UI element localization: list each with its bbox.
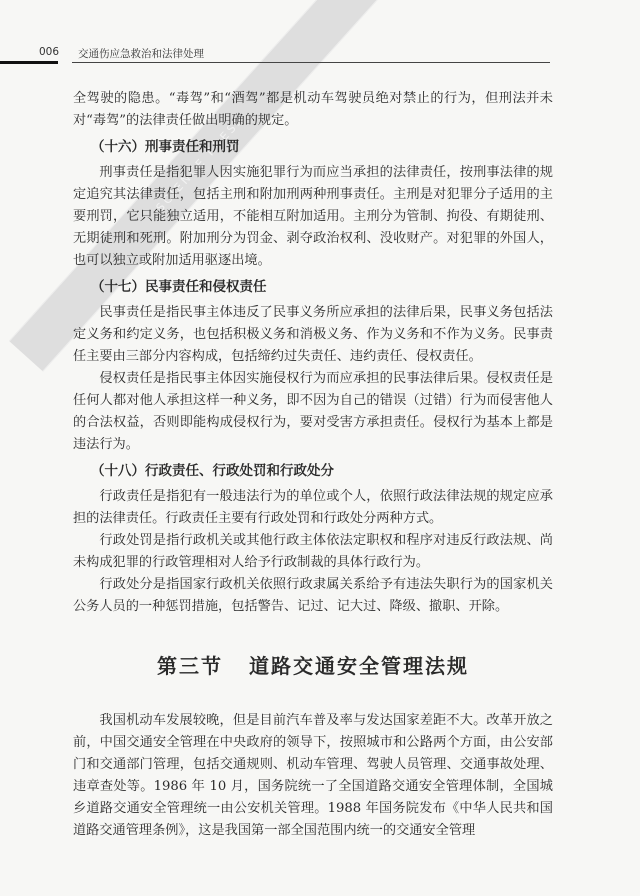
page-body: 全驾驶的隐患。“毒驾”和“酒驾”都是机动车驾驶员绝对禁止的行为，但刑法并未对“毒… xyxy=(73,88,553,842)
paragraph: 行政处分是指国家行政机关依照行政隶属关系给予有违法失职行为的国家机关公务人员的一… xyxy=(73,574,553,618)
header-rule xyxy=(72,62,550,63)
chapter-section-title: 第三节道路交通安全管理法规 xyxy=(73,652,553,680)
intro-paragraph: 全驾驶的隐患。“毒驾”和“酒驾”都是机动车驾驶员绝对禁止的行为，但刑法并未对“毒… xyxy=(73,88,553,132)
running-title: 交通伤应急救治和法律处理 xyxy=(78,46,204,61)
page-header: 006 交通伤应急救治和法律处理 xyxy=(0,44,640,66)
paragraph: 民事责任是指民事主体违反了民事义务所应承担的法律后果，民事义务包括法定义务和约定… xyxy=(73,302,553,368)
paragraph: 我国机动车发展较晚，但是目前汽车普及率与发达国家差距不大。改革开放之前，中国交通… xyxy=(73,710,553,842)
paragraph: 刑事责任是指犯罪人因实施犯罪行为而应当承担的法律责任，按刑事法律的规定追究其法律… xyxy=(73,162,553,272)
section-title: 道路交通安全管理法规 xyxy=(249,654,469,678)
section-heading-16: （十六）刑事责任和刑罚 xyxy=(91,136,553,158)
paragraph: 行政责任是指犯有一般违法行为的单位或个人，依照行政法律法规的规定应承担的法律责任… xyxy=(73,486,553,530)
paragraph: 行政处罚是指行政机关或其他行政主体依法定职权和程序对违反行政法规、尚未构成犯罪的… xyxy=(73,530,553,574)
section-number: 第三节 xyxy=(157,654,223,678)
page-number: 006 xyxy=(35,46,59,58)
section-heading-17: （十七）民事责任和侵权责任 xyxy=(91,276,553,298)
section-heading-18: （十八）行政责任、行政处罚和行政处分 xyxy=(91,460,553,482)
paragraph: 侵权责任是指民事主体因实施侵权行为而应承担的民事法律后果。侵权责任是任何人都对他… xyxy=(73,368,553,456)
header-accent-bar xyxy=(0,61,58,64)
